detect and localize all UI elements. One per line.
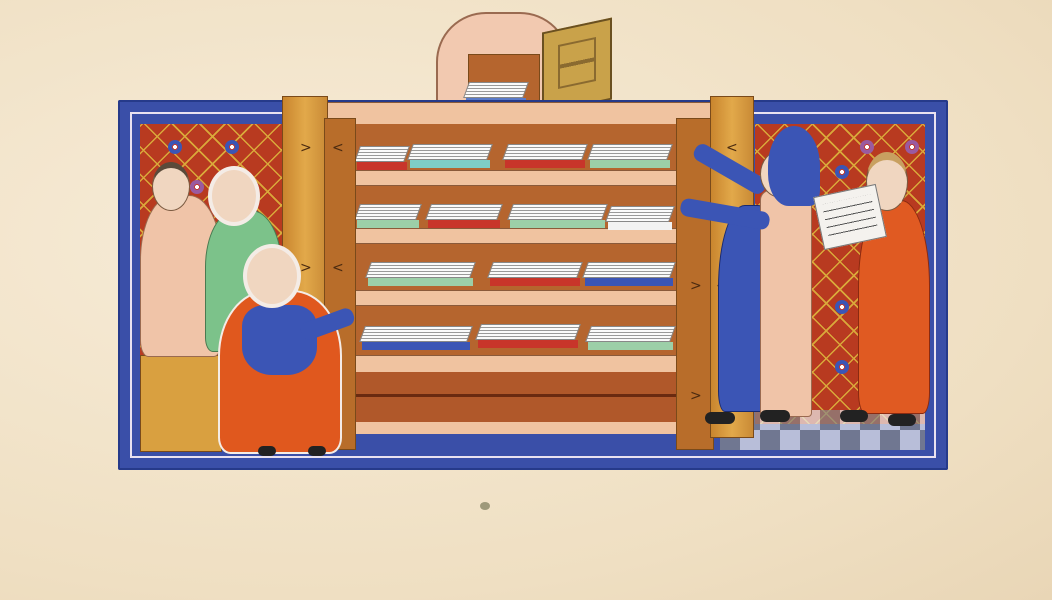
wooden-chest bbox=[140, 355, 222, 452]
shelf bbox=[355, 290, 677, 306]
head-hooded bbox=[208, 166, 260, 226]
book bbox=[357, 146, 407, 168]
book bbox=[505, 144, 585, 166]
cabinet-top bbox=[322, 102, 716, 126]
blue-cap bbox=[768, 126, 820, 206]
hinge-icon: > bbox=[690, 388, 702, 404]
rosette-icon bbox=[835, 300, 849, 314]
book bbox=[590, 144, 670, 166]
rosette-icon bbox=[835, 360, 849, 374]
rosette-icon bbox=[190, 180, 204, 194]
hinge-icon: > bbox=[300, 260, 312, 276]
shoe bbox=[760, 410, 790, 422]
hinge-icon: < bbox=[726, 140, 738, 156]
shelf bbox=[355, 170, 677, 186]
blue-tunic bbox=[242, 305, 317, 375]
shelf bbox=[355, 355, 677, 373]
head bbox=[152, 162, 190, 211]
shoe bbox=[308, 446, 326, 456]
book bbox=[588, 326, 673, 348]
shoe bbox=[840, 410, 868, 422]
book bbox=[368, 262, 473, 284]
book bbox=[428, 204, 500, 226]
shelf bbox=[355, 228, 677, 244]
rosette-icon bbox=[860, 140, 874, 154]
shoe bbox=[705, 412, 735, 424]
hinge-icon: < bbox=[332, 140, 344, 156]
shoe bbox=[888, 414, 916, 426]
rosette-icon bbox=[225, 140, 239, 154]
hinge-icon: > bbox=[690, 278, 702, 294]
parchment-spot bbox=[480, 502, 490, 510]
hinge-icon: < bbox=[332, 260, 344, 276]
manuscript-page: > < > < < > < > bbox=[0, 0, 1052, 600]
book bbox=[608, 206, 672, 228]
rosette-icon bbox=[835, 165, 849, 179]
book bbox=[490, 262, 580, 284]
book bbox=[585, 262, 673, 284]
shoe bbox=[258, 446, 276, 456]
rosette-icon bbox=[905, 140, 919, 154]
cabinet-base bbox=[355, 372, 677, 434]
hinge-icon: > bbox=[300, 140, 312, 156]
book bbox=[410, 144, 490, 166]
book bbox=[357, 204, 419, 226]
head-hooded bbox=[243, 244, 301, 308]
book bbox=[478, 324, 578, 346]
book bbox=[362, 326, 470, 348]
book bbox=[510, 204, 605, 226]
rosette-icon bbox=[168, 140, 182, 154]
